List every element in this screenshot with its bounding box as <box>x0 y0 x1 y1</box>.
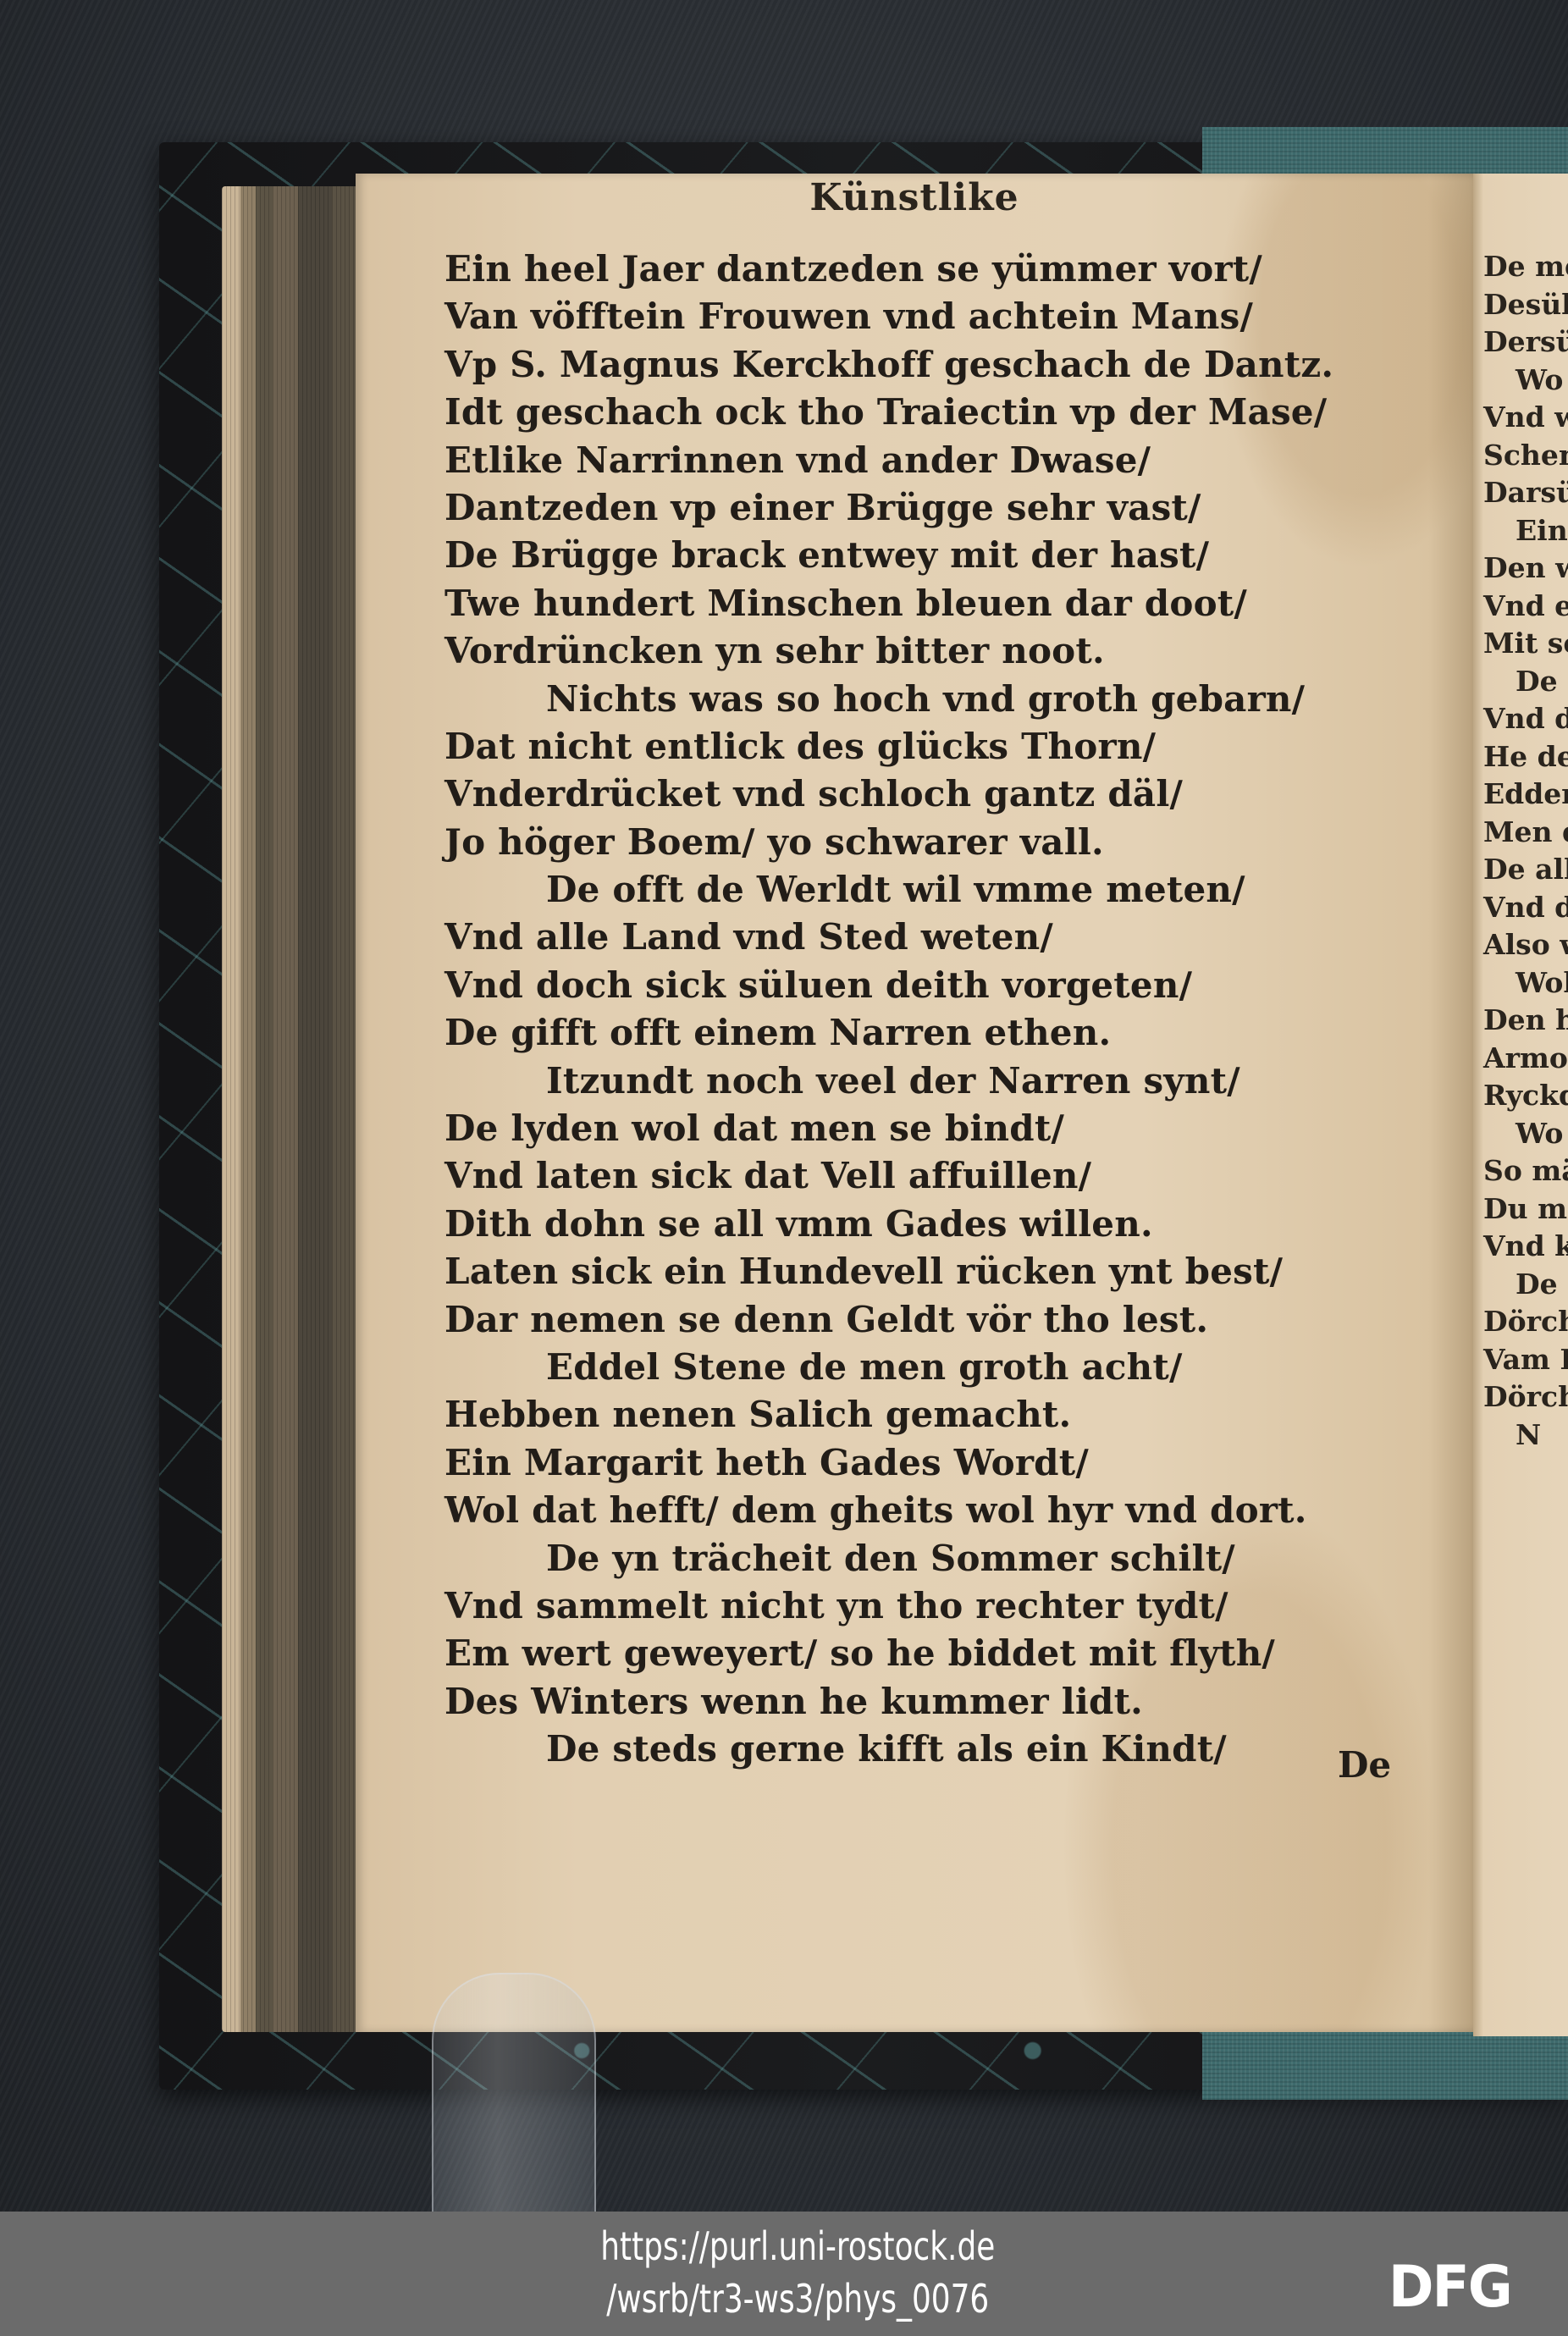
text-line: He deith y <box>1483 738 1568 776</box>
text-line: Ryckdom <box>1483 1077 1568 1115</box>
text-line: Vnderdrücket vnd schloch gantz däl/ <box>444 770 1418 818</box>
page-block-edge <box>222 186 366 2032</box>
dfg-logo-icon: DFG <box>1389 2254 1511 2321</box>
text-line: Du most <box>1483 1190 1568 1229</box>
footer-url-line2[interactable]: /wsrb/tr3-ws3/phys_0076 <box>186 2276 1410 2322</box>
text-line: Van vöfftein Frouwen vnd achtein Mans/ <box>444 293 1418 340</box>
text-line: Darsülue <box>1483 474 1568 512</box>
text-line: Vnd laten sick dat Vell affuillen/ <box>444 1152 1418 1200</box>
text-line: Etlike Narrinnen vnd ander Dwase/ <box>444 437 1418 484</box>
text-line: De lyden wol dat men se bindt/ <box>444 1105 1418 1152</box>
text-line: Twe hundert Minschen bleuen dar doot/ <box>444 580 1418 627</box>
text-line: Vnd alle Land vnd Sted weten/ <box>444 914 1418 961</box>
text-line: De steds gerne kifft als ein Kindt/ <box>444 1726 1418 1773</box>
text-line: Vam He <box>1483 1341 1568 1379</box>
text-line: Idt geschach ock tho Traiectin vp der Ma… <box>444 389 1418 436</box>
text-line: Den hold i <box>1483 1002 1568 1040</box>
footer-bar: https://purl.uni-rostock.de /wsrb/tr3-ws… <box>0 2212 1568 2336</box>
text-line: Den wil n <box>1483 549 1568 588</box>
text-line: Ein <box>1483 512 1568 550</box>
text-line: De yn trächeit den Sommer schilt/ <box>444 1535 1418 1582</box>
text-line: Wol <box>1483 964 1568 1002</box>
text-line: Dat nicht entlick des glücks Thorn/ <box>444 723 1418 770</box>
text-line: Hebben nenen Salich gemacht. <box>444 1391 1418 1439</box>
text-line: Schendig <box>1483 437 1568 475</box>
text-line: De sy <box>1483 663 1568 701</box>
text-line: Itzundt noch veel der Narren synt/ <box>444 1058 1418 1105</box>
text-line: De Brügge brack entwey mit der hast/ <box>444 532 1418 579</box>
right-page-fragment: De meintDesülueDersülueWoVnd worSchendig… <box>1473 174 1568 2036</box>
text-line: Eddel Stene de men groth acht/ <box>444 1344 1418 1391</box>
text-line: De gifft offt einem Narren ethen. <box>444 1009 1418 1057</box>
text-line: De all syn <box>1483 851 1568 889</box>
text-line: Vordrüncken yn sehr bitter noot. <box>444 627 1418 675</box>
text-line: Vnd ehren <box>1483 588 1568 626</box>
text-line: Vnd doch sick süluen deith vorgeten/ <box>444 962 1418 1009</box>
left-page-text: Ein heel Jaer dantzeden se yümmer vort/V… <box>444 246 1418 1774</box>
text-line: Edder dat <box>1483 776 1568 814</box>
footer-url-line1[interactable]: https://purl.uni-rostock.de <box>186 2223 1410 2269</box>
text-line: De offt de Werldt wil vmme meten/ <box>444 866 1418 914</box>
right-page-text: De meintDesülueDersülueWoVnd worSchendig… <box>1483 248 1568 1454</box>
text-line: Ein Margarit heth Gades Wordt/ <box>444 1439 1418 1487</box>
text-line: Mit scheni <box>1483 625 1568 663</box>
text-line: Vnd sammelt nicht yn tho rechter tydt/ <box>444 1582 1418 1630</box>
text-line: Des Winters wenn he kummer lidt. <box>444 1678 1418 1726</box>
text-line: Nichts was so hoch vnd groth gebarn/ <box>444 676 1418 723</box>
text-line: Armodt de <box>1483 1040 1568 1078</box>
text-line: Wol dat hefft/ dem gheits wol hyr vnd do… <box>444 1487 1418 1534</box>
text-line: Vnd dat e <box>1483 889 1568 927</box>
text-line: De <box>1483 1266 1568 1304</box>
catchword: De <box>1338 1744 1391 1786</box>
text-line: Dörch h <box>1483 1378 1568 1417</box>
text-line: Vp S. Magnus Kerckhoff geschach de Dantz… <box>444 341 1418 389</box>
running-head: Künstlike <box>356 176 1473 219</box>
text-line: Em wert geweyert/ so he biddet mit flyth… <box>444 1630 1418 1677</box>
text-line: Vnd dat n <box>1483 700 1568 738</box>
text-line: Dith dohn se all vmm Gades willen. <box>444 1201 1418 1248</box>
text-line: Also wil n <box>1483 926 1568 964</box>
text-line: Vnd kün <box>1483 1228 1568 1266</box>
text-line: Desülue <box>1483 286 1568 324</box>
text-line: Dantzeden vp einer Brügge sehr vast/ <box>444 484 1418 532</box>
text-line: Laten sick ein Hundevell rücken ynt best… <box>444 1248 1418 1295</box>
text-line: Jo höger Boem/ yo schwarer vall. <box>444 819 1418 866</box>
text-line: Dersülue <box>1483 323 1568 362</box>
text-line: Dörch h <box>1483 1303 1568 1341</box>
text-line: Men dat t <box>1483 814 1568 852</box>
text-line: Vnd wor <box>1483 399 1568 437</box>
text-line: De meint <box>1483 248 1568 286</box>
text-line: Ein heel Jaer dantzeden se yümmer vort/ <box>444 246 1418 293</box>
page-clip <box>432 1973 596 2220</box>
text-line: Wo <box>1483 1115 1568 1153</box>
text-line: N <box>1483 1417 1568 1455</box>
text-line: Dar nemen se denn Geldt vör tho lest. <box>444 1296 1418 1344</box>
text-line: So mäck <box>1483 1152 1568 1190</box>
text-line: Wo <box>1483 362 1568 400</box>
